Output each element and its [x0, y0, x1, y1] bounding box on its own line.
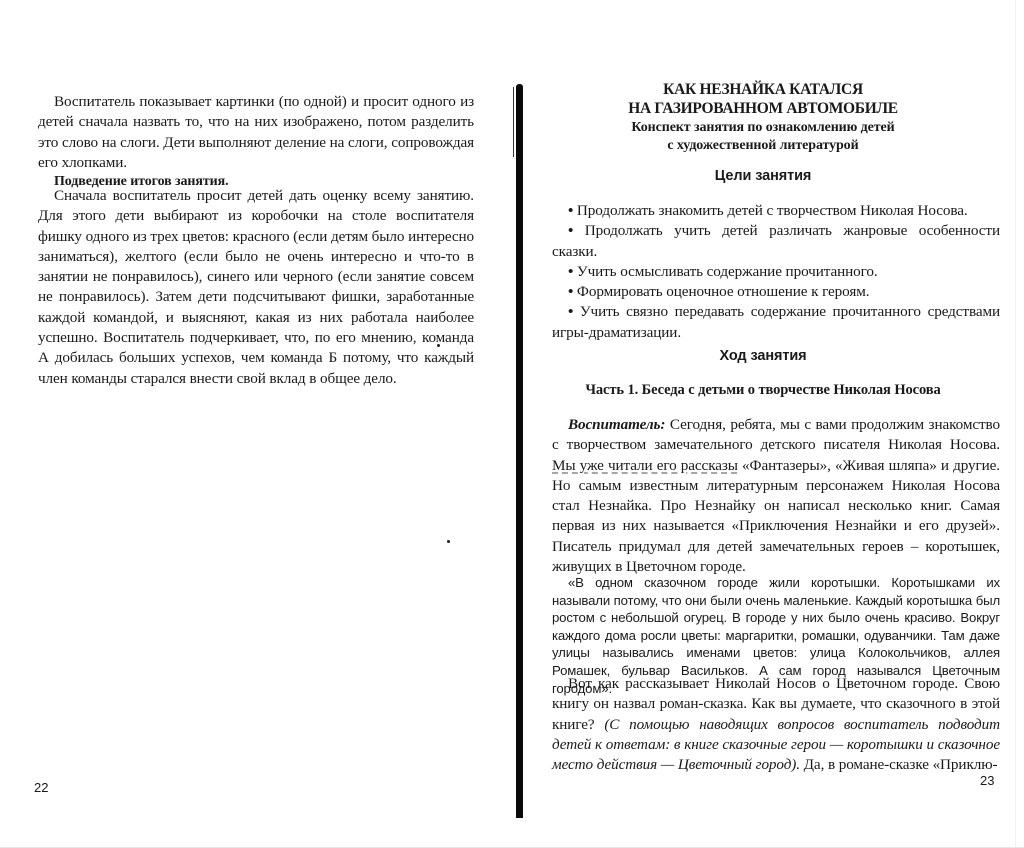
discussion-text-continued: Да, в романе-сказке «Приклю-: [800, 756, 997, 773]
intro-paragraph: Воспитатель показывает картинки (по одно…: [38, 92, 474, 173]
page-number-right: 23: [980, 773, 994, 788]
book-spine-edge: [513, 87, 514, 157]
teacher-paragraph: Воспитатель: Сегодня, ребята, мы с вами …: [552, 415, 1000, 577]
teacher-label: Воспитатель:: [568, 416, 665, 433]
title-line-2: НА ГАЗИРОВАННОМ АВТОМОБИЛЕ: [528, 99, 998, 118]
goal-item: Учить осмысливать содержание прочитанног…: [552, 262, 1000, 282]
discussion-paragraph: Вот как рассказывает Николай Носов о Цве…: [552, 674, 1000, 775]
page-number-left: 22: [34, 780, 48, 795]
print-speck: [447, 540, 450, 543]
print-speck: [437, 344, 440, 347]
summary-paragraph: Сначала воспитатель просит детей дать оц…: [38, 186, 474, 389]
part-1-heading: Часть 1. Беседа с детьми о творчестве Ни…: [528, 380, 998, 400]
scan-edge: [1015, 0, 1016, 848]
goal-item: Формировать оценочное отношение к героям…: [552, 282, 1000, 302]
left-page: Воспитатель показывает картинки (по одно…: [0, 0, 512, 848]
progress-heading: Ход занятия: [528, 346, 998, 366]
goal-item: Продолжать знакомить детей с творчеством…: [552, 201, 1000, 221]
title-line-1: КАК НЕЗНАЙКА КАТАЛСЯ: [528, 80, 998, 99]
subtitle-line-1: Конспект занятия по ознакомлению детей: [528, 118, 998, 137]
goal-item: Учить связно передавать содержание прочи…: [552, 302, 1000, 343]
right-page: КАК НЕЗНАЙКА КАТАЛСЯ НА ГАЗИРОВАННОМ АВТ…: [528, 0, 1024, 848]
goals-heading: Цели занятия: [528, 166, 998, 186]
teacher-text-continued: «Фантазеры», «Живая шляпа» и другие. Но …: [552, 457, 1000, 575]
teacher-text-underlined: Мы уже читали его рассказы: [552, 457, 738, 474]
subtitle-line-2: с художественной литературой: [528, 136, 998, 155]
goal-item: Продолжать учить детей различать жанровы…: [552, 221, 1000, 262]
book-spine: [516, 84, 523, 818]
goals-list: Продолжать знакомить детей с творчеством…: [552, 201, 1000, 343]
